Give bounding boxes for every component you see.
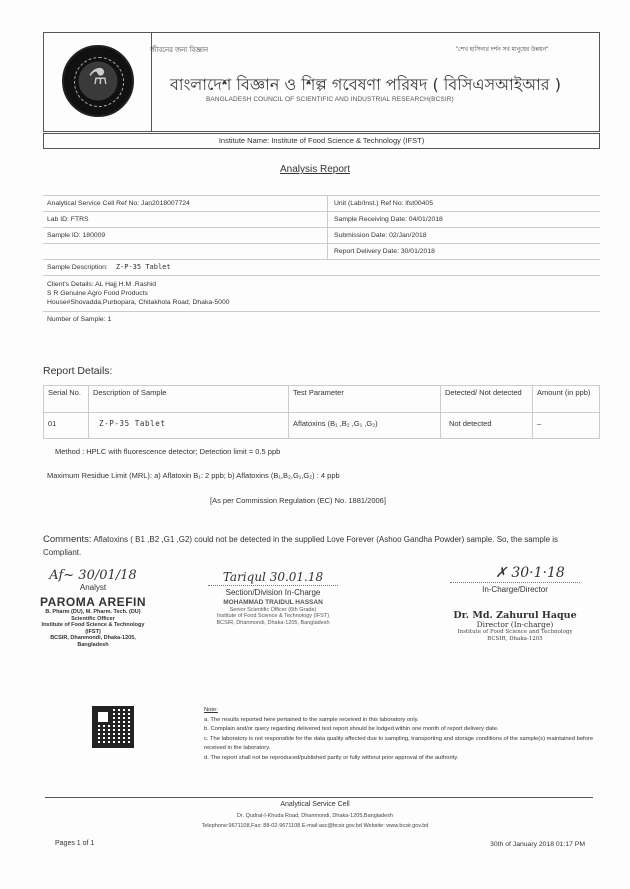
section-stamp-line: BCSIR, Dhanmondi, Dhaka-1205, Bangladesh (198, 620, 348, 627)
institute-name: Institute Name: Institute of Food Scienc… (43, 133, 600, 149)
meta-row: Sample ID: 180009 Submission Date: 02/Ja… (43, 227, 600, 243)
mrl-text: Maximum Residue Limit (MRL): a) Aflatoxi… (47, 471, 340, 480)
notes: Note: a. The results reported here perta… (204, 706, 604, 764)
sample-id: Sample ID: 180009 (43, 228, 328, 243)
director-stamp-line: Institute of Food Science and Technology (440, 629, 590, 636)
section-signature-block: Tariqul 30.01.18 Section/Division In-Cha… (198, 570, 348, 626)
footer-address: Dr. Qudrat-I-Khuda Road, Dhanmondi, Dhak… (0, 813, 630, 819)
report-details-heading: Report Details: (43, 365, 112, 377)
director-stamp-line: Director (In-charge) (440, 621, 590, 629)
report-title: Analysis Report (0, 164, 630, 175)
note-item: a. The results reported here pertained t… (204, 716, 604, 726)
note-item: c. The laboratory is not responsible for… (204, 735, 604, 754)
analyst-role: Analyst (38, 583, 148, 592)
comments-label: Comments: (43, 534, 92, 545)
analyst-stamp-name: PAROMA AREFIN (38, 595, 148, 609)
note-item: d. The report shall not be reproduced/pu… (204, 754, 604, 764)
section-role: Section/Division In-Charge (198, 588, 348, 597)
table-row: 01 Z-P-35 Tablet Aflatoxins (B₁ ,B₂ ,G₁ … (44, 413, 600, 439)
footer-title: Analytical Service Cell (0, 801, 630, 808)
col-description: Description of Sample (89, 386, 289, 413)
tagline-left: জীবনের জন্য বিজ্ঞান (150, 44, 208, 56)
footer-divider (45, 797, 593, 798)
number-of-sample: Number of Sample: 1 (43, 311, 600, 327)
unit-ref-no: Unit (Lab/Inst.) Ref No: ifst00405 (328, 196, 600, 211)
col-detected: Detected/ Not detected (441, 386, 533, 413)
qr-code-icon (92, 706, 134, 748)
section-signature: Tariqul 30.01.18 (198, 570, 348, 584)
meta-row: Lab ID: FTRS Sample Receiving Date: 04/0… (43, 211, 600, 227)
client-line: Client's Details: AL Hajj H.M .Rashid (47, 280, 600, 289)
cell-amount: – (533, 413, 600, 439)
sample-description: Sample Description:Z-P-35 Tablet (43, 259, 600, 275)
cell-parameter: Aflatoxins (B₁ ,B₂ ,G₁ ,G₂) (289, 413, 441, 439)
cell-detected: Not detected (441, 413, 533, 439)
analyst-signature: Af~ 30/01/18 (38, 568, 148, 583)
printed-timestamp: 30th of January 2018 01:17 PM (470, 840, 585, 850)
lab-id: Lab ID: FTRS (43, 212, 328, 227)
col-serial: Serial No. (44, 386, 89, 413)
meta-row: Report Delivery Date: 30/01/2018 (43, 243, 600, 259)
footer-contact: Telephone:9671108,Fax: 88-02-9671108 E-m… (0, 823, 630, 829)
director-stamp-line: BCSIR, Dhaka-1205 (440, 636, 590, 643)
analyst-stamp-line: B. Pharm (DU), M. Pharm. Tech. (DU) (38, 609, 148, 616)
cell-serial: 01 (44, 413, 89, 439)
analyst-stamp-line: BCSIR, Dhanmondi, Dhaka-1205, Bangladesh (38, 635, 148, 648)
director-role: In-Charge/Director (440, 585, 590, 594)
meta-row: Analytical Service Cell Ref No: Jan20180… (43, 195, 600, 211)
client-details: Client's Details: AL Hajj H.M .Rashid S … (43, 275, 600, 311)
asc-ref-no: Analytical Service Cell Ref No: Jan20180… (43, 196, 328, 211)
comments: Comments: Aflatoxins ( B1 ,B2 ,G1 ,G2) c… (43, 533, 573, 559)
logo-cell: ⚗ (44, 33, 152, 131)
org-name-english: BANGLADESH COUNCIL OF SCIENTIFIC AND IND… (206, 96, 454, 103)
sample-description-value: Z-P-35 Tablet (116, 263, 171, 271)
col-amount: Amount (in ppb) (533, 386, 600, 413)
tagline-right: "শেখ হাসিনার দর্শন সব মানুষের উন্নয়ন" (456, 44, 548, 55)
regulation-text: [As per Commission Regulation (EC) No. 1… (210, 496, 386, 505)
analyst-stamp-line: Institute of Food Science & Technology (… (38, 622, 148, 635)
client-line: House#Shovadda,Purbopara, Chitakhola Roa… (47, 298, 600, 307)
sample-description-label: Sample Description: (47, 264, 108, 271)
table-header-row: Serial No. Description of Sample Test Pa… (44, 386, 600, 413)
director-signature-block: ✗ 30·1·18 In-Charge/Director Dr. Md. Zah… (440, 565, 590, 643)
submission-date: Submission Date: 02/Jan/2018 (328, 228, 600, 243)
page-count: Pages 1 of 1 (55, 840, 94, 847)
org-name-bengali: বাংলাদেশ বিজ্ঞান ও শিল্প গবেষণা পরিষদ ( … (170, 72, 590, 99)
comments-text: Aflatoxins ( B1 ,B2 ,G1 ,G2) could not b… (43, 535, 558, 557)
method-text: Method : HPLC with fluorescence detector… (55, 447, 280, 456)
meta-table: Analytical Service Cell Ref No: Jan20180… (43, 195, 600, 327)
empty-cell (43, 244, 328, 259)
col-parameter: Test Parameter (289, 386, 441, 413)
report-delivery-date: Report Delivery Date: 30/01/2018 (328, 244, 600, 259)
seal-emblem: ⚗ (64, 65, 132, 90)
section-stamp-line: Institute of Food Science & Technology (… (198, 613, 348, 620)
cell-description: Z-P-35 Tablet (89, 413, 289, 439)
director-signature: ✗ 30·1·18 (440, 565, 590, 581)
note-item: b. Complain and/or query regarding deliv… (204, 725, 604, 735)
notes-title: Note: (204, 706, 604, 716)
analyst-signature-block: Af~ 30/01/18 Analyst PAROMA AREFIN B. Ph… (38, 568, 148, 648)
signature-line (208, 585, 338, 586)
signature-line (450, 582, 580, 583)
report-details-table: Serial No. Description of Sample Test Pa… (43, 385, 600, 439)
client-line: S R Genuine Agro Food Products (47, 289, 600, 298)
sample-receiving-date: Sample Receiving Date: 04/01/2018 (328, 212, 600, 227)
bcsir-seal-icon: ⚗ (62, 45, 134, 117)
